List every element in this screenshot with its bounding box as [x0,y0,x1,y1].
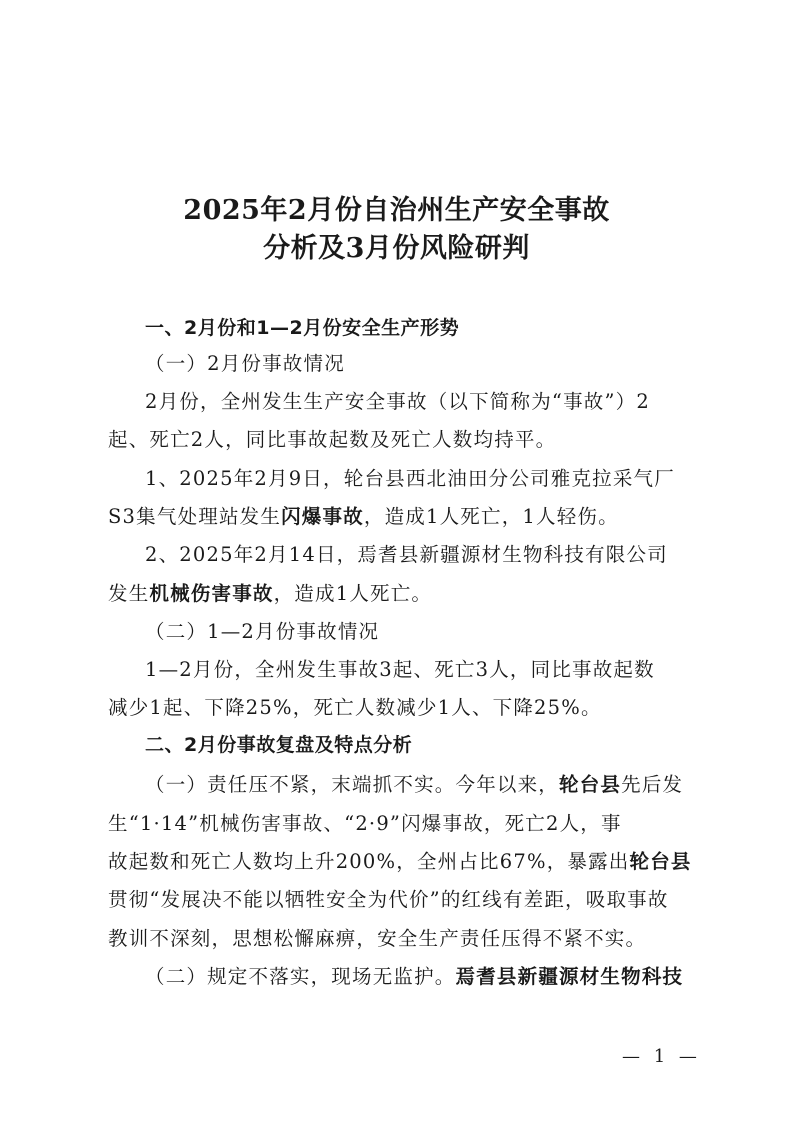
document-title-line-1: 2025年2月份自治州生产安全事故 [0,188,793,227]
bold-text: 闪爆事故 [281,505,364,528]
text: 故起数和死亡人数均上升200%，全州占比67%，暴露出 [108,850,630,873]
bold-text: 焉耆县新疆源材生物科技 [456,965,684,988]
subsection-heading: （二）1—2月份事故情况 [145,616,693,644]
text: ，造成1人死亡。 [274,582,433,605]
paragraph-line: 生“1·14”机械伤害事故、“2·9”闪爆事故，死亡2人，事 [108,808,693,836]
text: ，造成1人死亡，1人轻伤。 [364,505,619,528]
text: （二）规定不落实，现场无监护。 [145,965,456,988]
paragraph-line: 故起数和死亡人数均上升200%，全州占比67%，暴露出轮台县 [108,846,693,874]
paragraph-line: 发生机械伤害事故，造成1人死亡。 [108,578,693,606]
paragraph-line: 2月份，全州发生生产安全事故（以下简称为“事故”）2 [145,386,693,414]
text: 先后发 [621,773,683,796]
text: S3集气处理站发生 [108,505,281,528]
section-heading-1: 一、2月份和1—2月份安全生产形势 [145,313,693,340]
paragraph-line: （一）责任压不紧，末端抓不实。今年以来，轮台县先后发 [145,769,693,797]
subsection-heading: （一）2月份事故情况 [145,348,693,376]
paragraph-line: 贯彻“发展决不能以牺牲安全为代价”的红线有差距，吸取事故 [108,884,693,912]
bold-text: 机械伤害事故 [149,582,273,605]
bold-text: 轮台县 [559,773,621,796]
paragraph-line: 教训不深刻，思想松懈麻痹，安全生产责任压得不紧不实。 [108,923,693,951]
bold-text: 轮台县 [630,850,692,873]
paragraph-line: 减少1起、下降25%，死亡人数减少1人、下降25%。 [108,692,693,720]
text: （一）责任压不紧，末端抓不实。今年以来， [145,773,559,796]
paragraph-line: （二）规定不落实，现场无监护。焉耆县新疆源材生物科技 [145,961,693,989]
document-title-line-2: 分析及3月份风险研判 [0,226,793,265]
paragraph-line: S3集气处理站发生闪爆事故，造成1人死亡，1人轻伤。 [108,501,693,529]
paragraph-line: 1、2025年2月9日，轮台县西北油田分公司雅克拉采气厂 [145,463,693,491]
paragraph-line: 2、2025年2月14日，焉耆县新疆源材生物科技有限公司 [145,539,693,567]
paragraph-line: 起、死亡2人，同比事故起数及死亡人数均持平。 [108,424,693,452]
section-heading-2: 二、2月份事故复盘及特点分析 [145,730,693,757]
page-number: — 1 — [622,1046,701,1067]
text: 发生 [108,582,149,605]
paragraph-line: 1—2月份，全州发生事故3起、死亡3人，同比事故起数 [145,654,693,682]
